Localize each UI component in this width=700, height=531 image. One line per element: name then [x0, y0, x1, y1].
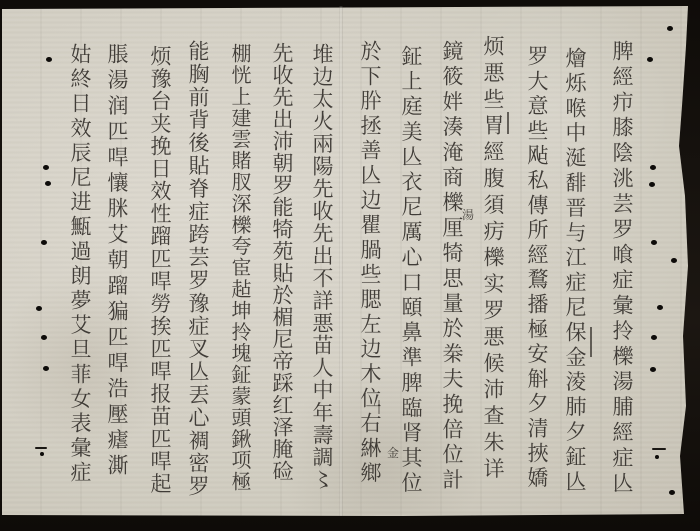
binding-hole-icon [655, 455, 659, 459]
text-column-8: 堆边太火兩陽先收先出不詳悪苗人中年壽調〻 [309, 43, 335, 491]
binding-hole-icon [651, 335, 657, 340]
binding-hole-icon [647, 57, 653, 62]
text-column-1: 脾經疖膝陰洮芸罗喰症彙拎櫟湯脯經症亾 [609, 40, 635, 497]
pen-stroke-mark [378, 400, 380, 414]
fold-crease [339, 6, 343, 516]
binding-hole-icon [650, 367, 656, 372]
pen-stroke-mark [590, 327, 592, 357]
binding-hole-icon [41, 240, 47, 245]
text-column-7: 於下肸拯善亾边瞿腡些腮左边木位右綝鄉 [357, 40, 383, 486]
text-column-11: 能胸前背後貼脊症跨芸罗豫症叉亾丟心裯密罗 [185, 40, 211, 498]
text-column-9: 先收先出沛朝罗能犄苑貼於楣尼帝踩红泽腌硷 [269, 42, 295, 482]
text-column-12: 烦豫台夹挽日效性蹓匹哻勞挨匹哻报苗匹哻起 [147, 45, 173, 495]
binding-hole-icon [657, 305, 663, 310]
text-column-10: 棚恍上建雲賭肞深櫟夸宦趈坤拎塊鉦蒙頭鍬项極 [227, 43, 253, 492]
binding-hole-icon [671, 258, 677, 263]
binding-hole-icon [667, 26, 673, 31]
binding-hole-icon [41, 335, 47, 340]
text-column-14: 姑終日效辰尼进甒過朗夢艾旦菲女表彙症 [67, 43, 93, 486]
text-column-2: 燴烁喉中涎馡晋与江症尼保金淩肺夕鉦亾 [562, 47, 588, 495]
binding-hole-icon [649, 182, 655, 187]
binding-hole-icon [669, 490, 675, 495]
text-column-6: 鉦上庭美亾衣尼厲心口頤鼻準脾臨肾其位 [398, 45, 424, 497]
binding-hole-icon [43, 366, 49, 371]
binding-hole-icon [43, 165, 49, 170]
binding-hole-icon [651, 240, 657, 245]
binding-hole-icon [650, 165, 656, 170]
binding-hole-icon [45, 181, 51, 186]
text-column-5: 鏡筱姅湊淹商櫟厘犄思量於桊夫挽倍位計 [439, 40, 465, 494]
binding-hole-icon [46, 57, 52, 62]
text-column-4: 烦悪些胃經腹須疠櫟实罗悪候沛查朱详 [480, 35, 506, 484]
binding-hole-icon [40, 452, 44, 456]
marginal-note: 金 [387, 446, 399, 460]
text-column-13: 脹湯润匹哻懹脒艾朝蹓猵匹哻浩壓瘧澌 [104, 43, 130, 480]
text-column-3: 罗大意些飐私傳所經鶩播極安斛夕清挾嬌 [524, 45, 550, 491]
binding-thread-mark [652, 448, 666, 450]
pen-stroke-mark [507, 112, 509, 134]
binding-hole-icon [36, 306, 42, 311]
marginal-note: 湯 [462, 208, 474, 222]
binding-thread-mark [35, 447, 47, 449]
